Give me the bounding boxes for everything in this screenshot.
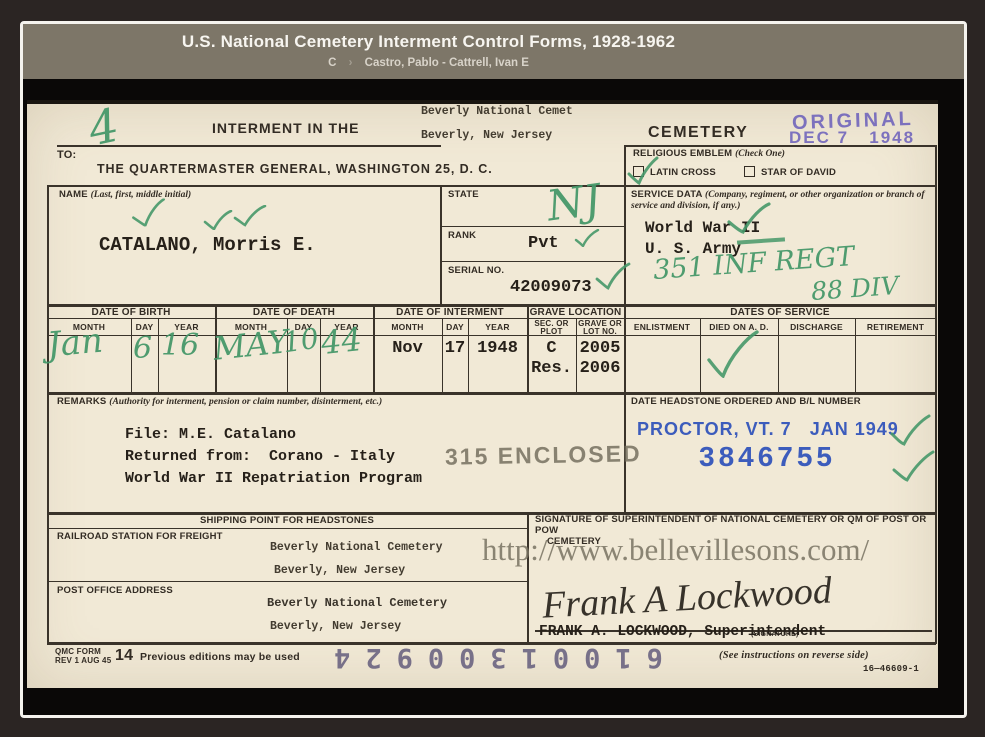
service-data-label: SERVICE DATA (Company, regiment, or othe…: [631, 189, 931, 211]
grave-lot-value-2: 2006: [576, 359, 624, 378]
green-underline: [737, 237, 785, 244]
doi-day-value: 17: [442, 339, 468, 358]
form-number: 14: [115, 647, 133, 665]
scanned-form: INTERMENT IN THE Beverly National Cemet …: [27, 100, 938, 688]
breadcrumb-separator-icon: ›: [349, 57, 353, 69]
remarks-label: REMARKS (Authority for interment, pensio…: [57, 396, 382, 407]
post-office-value-line2: Beverly, New Jersey: [270, 620, 401, 633]
document-canvas: INTERMENT IN THE Beverly National Cemet …: [23, 79, 964, 715]
dod-month-value: MAY: [212, 325, 291, 365]
cemetery-name-typed-line1: Beverly National Cemet: [421, 105, 573, 118]
grid-line: [47, 318, 936, 319]
header-band: U.S. National Cemetery Interment Control…: [23, 24, 964, 79]
checkmark-icon: [233, 205, 267, 227]
rank-value: Pvt: [528, 234, 559, 253]
breadcrumb: C › Castro, Pablo - Cattrell, Ivan E: [23, 57, 834, 69]
checkmark-icon: [889, 414, 931, 446]
remarks-label-text: REMARKS: [57, 396, 109, 407]
breadcrumb-range[interactable]: Castro, Pablo - Cattrell, Ivan E: [365, 57, 529, 69]
doi-day-col: DAY: [442, 322, 468, 332]
headstone-date-stamp: PROCTOR, VT. 7 JAN 1949: [637, 419, 899, 440]
checkmark-icon: [574, 229, 600, 247]
grid-line: [47, 185, 49, 644]
grave-lot-col: GRAVE OR LOT NO.: [576, 320, 624, 336]
doi-year-col: YEAR: [468, 322, 527, 332]
serial-no-value: 42009073: [510, 278, 592, 297]
latin-cross-label: LATIN CROSS: [650, 167, 716, 178]
dod-year-value: 44: [319, 323, 363, 359]
form-id-line1: QMC FORM: [55, 647, 101, 656]
doi-month-col: MONTH: [373, 322, 442, 332]
previous-editions-note: Previous editions may be used: [140, 651, 300, 663]
serial-no-label: SERIAL NO.: [448, 265, 504, 276]
post-office-value-line1: Beverly National Cemetery: [267, 596, 447, 610]
railroad-value-line2: Beverly, New Jersey: [274, 564, 405, 577]
print-code: 16—46609-1: [863, 664, 919, 674]
grid-line: [47, 581, 527, 582]
cemetery-name-typed-line2: Beverly, New Jersey: [421, 129, 552, 142]
checkmark-icon: [891, 450, 935, 482]
grid-line: [935, 145, 937, 644]
show-through-digits: 61001300924: [305, 637, 677, 673]
cemetery-label: CEMETERY: [648, 124, 748, 142]
grave-location-header: GRAVE LOCATION: [527, 307, 624, 318]
grid-line: [47, 185, 936, 187]
interment-in-the-label: INTERMENT IN THE: [212, 120, 359, 136]
date-of-birth-header: DATE OF BIRTH: [47, 307, 215, 318]
date-of-interment-header: DATE OF INTERMENT: [373, 307, 527, 318]
religious-emblem-paren: (Check One): [735, 149, 785, 159]
state-label: STATE: [448, 189, 479, 200]
grave-lot-value-1: 2005: [576, 339, 624, 358]
grave-sec-col: SEC. OR PLOT: [527, 320, 576, 336]
state-value-handwritten: NJ: [544, 178, 603, 227]
date-received-stamp: DEC 7 1948: [789, 128, 915, 148]
checkmark-icon: [595, 262, 631, 290]
remarks-paren: (Authority for interment, pension or cla…: [109, 397, 382, 407]
to-label: TO:: [57, 149, 76, 161]
grid-line: [47, 528, 527, 529]
breadcrumb-letter[interactable]: C: [328, 57, 336, 69]
rank-label: RANK: [448, 230, 476, 241]
post-office-label: POST OFFICE ADDRESS: [57, 585, 173, 596]
name-label: NAME (Last, first, middle initial): [59, 189, 191, 200]
checkmark-icon: [727, 202, 771, 234]
enlistment-col: ENLISTMENT: [624, 322, 700, 332]
railroad-station-label: RAILROAD STATION FOR FREIGHT: [57, 531, 223, 542]
railroad-value-line1: Beverly National Cemetery: [270, 541, 443, 554]
headstone-label: DATE HEADSTONE ORDERED AND B/L NUMBER: [631, 396, 861, 407]
grid-line: [440, 226, 624, 227]
page-title: U.S. National Cemetery Interment Control…: [23, 32, 834, 52]
date-of-death-header: DATE OF DEATH: [215, 307, 373, 318]
doi-year-value: 1948: [468, 339, 527, 358]
name-label-paren: (Last, first, middle initial): [91, 190, 192, 200]
enclosed-stamp: 315 ENCLOSED: [445, 440, 642, 470]
reverse-side-note: (See instructions on reverse side): [719, 650, 869, 661]
checkmark-icon: [705, 330, 759, 378]
dod-day-value: 10: [281, 325, 320, 358]
star-of-david-checkbox[interactable]: [744, 166, 755, 177]
checkmark-icon: [203, 210, 233, 230]
checkmark-icon: [625, 156, 659, 186]
form-id-line2: REV 1 AUG 45: [55, 656, 111, 665]
retirement-col: RETIREMENT: [855, 322, 936, 332]
dates-of-service-header: DATES OF SERVICE: [624, 307, 936, 318]
star-of-david-label: STAR OF DAVID: [761, 167, 836, 178]
grid-line: [440, 185, 442, 304]
watermark: http://www.bellevillesons.com/: [482, 532, 869, 568]
remarks-line-1: File: M.E. Catalano: [125, 426, 296, 443]
headstone-number-stamp: 3846755: [699, 441, 836, 473]
addressee: THE QUARTERMASTER GENERAL, WASHINGTON 25…: [97, 162, 493, 176]
grave-sec-value-2: Res.: [527, 359, 576, 378]
name-value: CATALANO, Morris E.: [99, 234, 316, 256]
dob-year-value: 16: [161, 331, 199, 361]
name-label-text: NAME: [59, 189, 91, 200]
dob-month-value: Jan: [46, 324, 105, 363]
grid-line: [47, 392, 936, 395]
superintendent-signature: Frank A Lockwood: [541, 568, 833, 627]
checkmark-icon: [130, 198, 169, 228]
discharge-col: DISCHARGE: [778, 322, 855, 332]
dob-day-value: 6: [133, 334, 152, 364]
doi-month-value: Nov: [373, 339, 442, 358]
grave-sec-value-1: C: [527, 339, 576, 358]
remarks-line-3: World War II Repatriation Program: [125, 470, 422, 487]
viewer-frame: U.S. National Cemetery Interment Control…: [20, 21, 967, 718]
service-handwritten-division: 88 DIV: [810, 273, 899, 304]
service-data-label-text: SERVICE DATA: [631, 189, 705, 200]
remarks-line-2: Returned from: Corano - Italy: [125, 448, 395, 465]
shipping-point-title: SHIPPING POINT FOR HEADSTONES: [47, 515, 527, 526]
